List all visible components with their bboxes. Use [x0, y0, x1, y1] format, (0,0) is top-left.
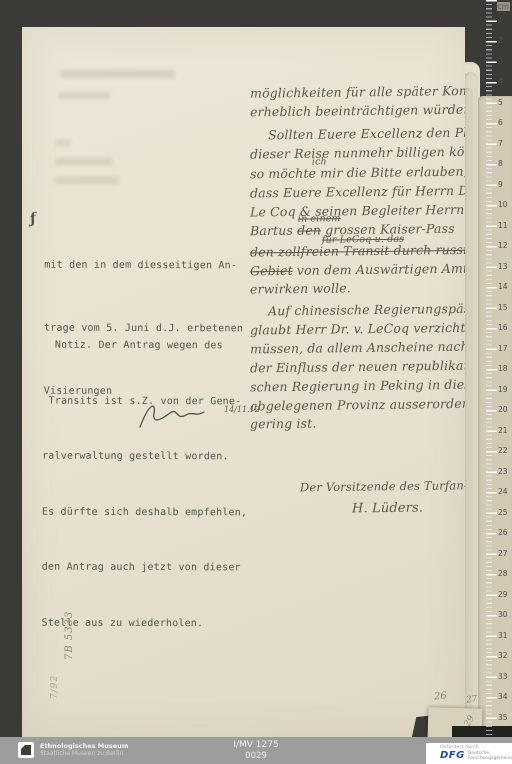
ruler-number: 6 [498, 118, 510, 127]
ruler: cm 1234567891011121314151617181920212223… [486, 0, 512, 737]
bleed-through-text [55, 140, 71, 146]
manuscript-text: von dem Auswärtigen Amt [293, 261, 469, 278]
ruler-number: 9 [498, 180, 510, 189]
funder-name-line2: Forschungsgemeinschaft [468, 756, 512, 761]
ruler-number: 7 [498, 139, 510, 148]
ruler-number: 4 [498, 77, 510, 86]
ruler-number: 28 [498, 569, 510, 578]
ruler-ticks [486, 0, 497, 737]
manuscript-text: so möchte mir die Bitte erlauben, [250, 164, 468, 182]
ruler-number: 31 [498, 631, 510, 640]
ruler-number: 10 [498, 200, 510, 209]
struck-text: den [297, 222, 321, 237]
folio-number-under: 27 [465, 694, 478, 705]
funder-name: Deutsche Forschungsgemeinschaft [468, 751, 512, 761]
ruler-number: 26 [498, 528, 510, 537]
closing-signature: H. Lüders. [352, 501, 423, 517]
typed-line: Notiz. Der Antrag wegen des [42, 337, 247, 356]
ruler-number: 29 [498, 590, 510, 599]
struck-insertion: für LeCoq u. das [322, 234, 405, 246]
inventory-pencil-vertical: 7/92 [50, 675, 60, 699]
manuscript-line: abgelegenen Provinz ausserordentlich [250, 395, 499, 413]
bleed-through-text [55, 158, 113, 165]
ruler-number: 2 [498, 36, 510, 45]
typed-line: mit den in dem diesseitigen An- [44, 255, 243, 277]
manuscript-line: Auf chinesische Regierungspässe [268, 301, 485, 319]
interline-insertion: ich [312, 156, 327, 167]
manuscript-line: müssen, da allem Anscheine nach [250, 339, 469, 357]
ruler-number: 11 [498, 221, 510, 230]
ruler-number: 20 [498, 405, 510, 414]
archival-scan: ƒ mit den in dem diesseitigen An- trage … [0, 0, 512, 764]
manuscript-line: Sollten Euere Excellenz den Plan [268, 125, 483, 143]
archive-footer-bar: Ethnologisches Museum Staatliche Museen … [0, 737, 512, 764]
ruler-unit-label: cm [497, 2, 510, 11]
struck-text: Gebiet [250, 263, 293, 279]
ruler-number: 33 [498, 672, 510, 681]
manuscript-line: dieser Reise nunmehr billigen können [250, 143, 497, 161]
ruler-number: 22 [498, 446, 510, 455]
ruler-number: 24 [498, 487, 510, 496]
ruler-number: 14 [498, 282, 510, 291]
ruler-number: 27 [498, 549, 510, 558]
ruler-number: 12 [498, 241, 510, 250]
ruler-number: 23 [498, 467, 510, 476]
funder-logo-box: Gefördert durch DFG Deutsche Forschungsg… [426, 743, 512, 764]
folio-number-pencil: 26 [434, 691, 447, 703]
ruler-number: 17 [498, 344, 510, 353]
manuscript-line: Gebiet von dem Auswärtigen Amt [250, 261, 468, 279]
manuscript-line: erheblich beeinträchtigen würden. [250, 102, 476, 120]
manuscript-line: erwirken wolle. [250, 280, 351, 296]
ruler-number: 35 [498, 713, 510, 722]
ruler-number: 32 [498, 651, 510, 660]
ruler-number: 5 [498, 98, 510, 107]
manuscript-line: Le Coq & seinen Begleiter Herrn Th. [250, 202, 490, 220]
bleed-through-text [58, 92, 110, 99]
manuscript-line: schen Regierung in Peking in dieser [250, 377, 485, 395]
funder-logo: DFG Deutsche Forschungsgemeinschaft [440, 750, 512, 761]
ruler-number: 8 [498, 159, 510, 168]
ruler-number: 25 [498, 508, 510, 517]
typed-line: ralverwaltung gestellt worden. [42, 448, 247, 467]
ruler-number: 1 [498, 16, 510, 25]
bleed-through-text [55, 177, 119, 184]
insertion-mark: ƒ [28, 211, 37, 228]
ruler-number: 3 [498, 57, 510, 66]
typed-line: den Antrag auch jetzt von dieser [42, 559, 247, 578]
handwritten-signature [132, 399, 227, 431]
ruler-number: 30 [498, 610, 510, 619]
ruler-number: 16 [498, 323, 510, 332]
manuscript-line: gering ist. [250, 416, 317, 432]
ruler-number: 34 [498, 692, 510, 701]
ruler-number: 15 [498, 303, 510, 312]
struck-insertion: in einem [298, 213, 341, 225]
document-page: ƒ mit den in dem diesseitigen An- trage … [22, 27, 465, 737]
manuscript-text: Bartus [250, 223, 297, 239]
manuscript-line: glaubt Herr Dr. v. LeCoq verzichten zu [250, 319, 501, 337]
ruler-number: 18 [498, 364, 510, 373]
manuscript-line: der Einfluss der neuen republikani- [250, 358, 480, 376]
bleed-through-text [60, 70, 175, 78]
shelfmark-pencil-vertical: 7B 5333 [64, 611, 75, 660]
ruler-number: 13 [498, 262, 510, 271]
manuscript-line: so möchte mir die Bitte erlauben, ich [250, 164, 468, 182]
ruler-number: 19 [498, 385, 510, 394]
dfg-logo-text: DFG [440, 750, 465, 761]
ruler-number: 21 [498, 426, 510, 435]
typed-line: Es dürfte sich deshalb empfehlen, [42, 503, 247, 522]
manuscript-line: dass Euere Excellenz für Herrn Dr. v. [250, 183, 491, 201]
